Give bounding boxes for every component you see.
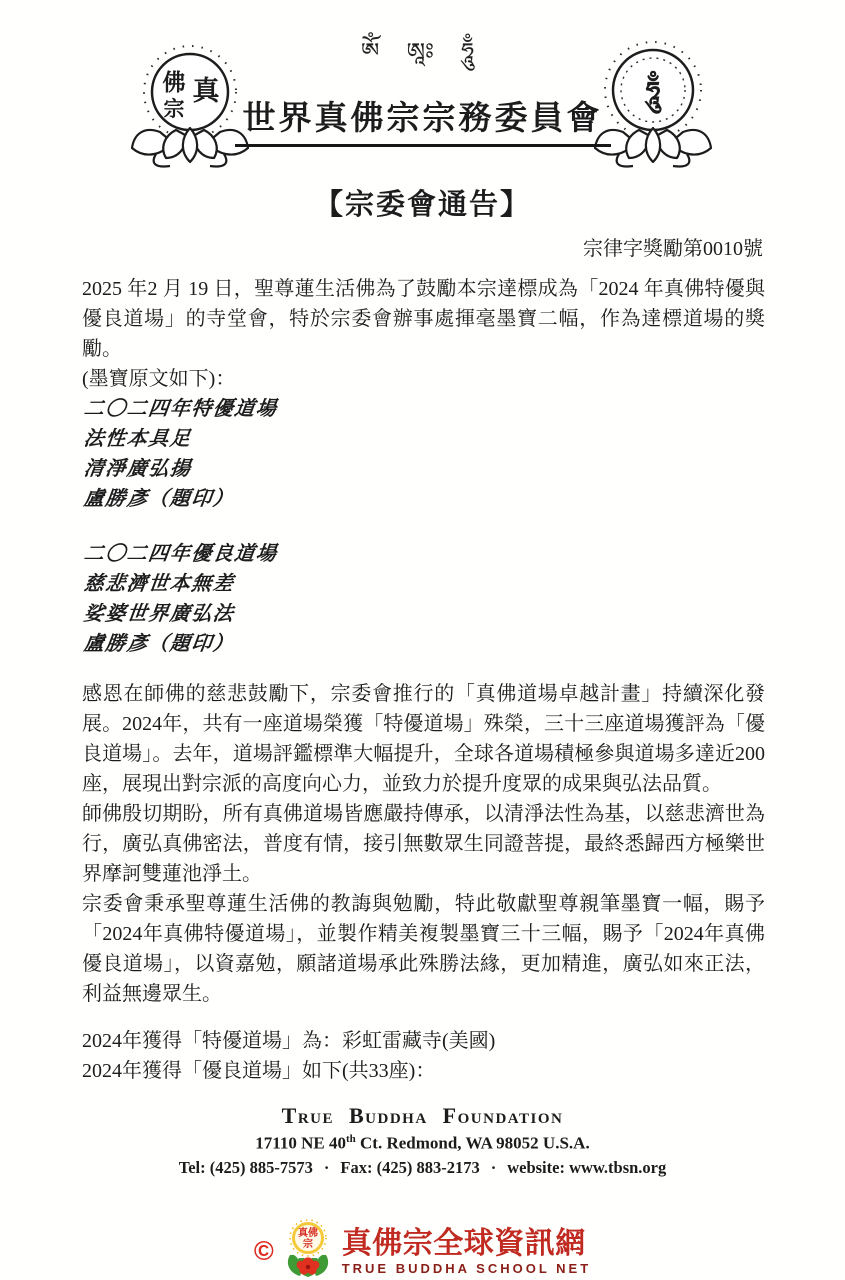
calligraphy-block-excellent: 二〇二四年優良道場 慈悲濟世本無差 娑婆世界廣弘法 盧勝彥（題印）	[82, 539, 765, 659]
calligraphy-signature: 盧勝彥（題印）	[82, 484, 236, 514]
letterhead-center: ཨོཾ ཨཱཿ ཧཱུྃ 世界真佛宗宗務委員會	[0, 26, 845, 147]
award-line-special: 2024年獲得「特優道場」為：彩虹雷藏寺(美國)	[82, 1026, 765, 1056]
site-name: 真佛宗全球資訊網 TRUE BUDDHA SCHOOL NET	[342, 1228, 591, 1276]
tibetan-mantra-text: ཨོཾ ཨཱཿ ཧཱུྃ	[0, 26, 845, 91]
phone-number: Tel: (425) 885-7573	[179, 1158, 313, 1177]
fax-number: Fax: (425) 883-2173	[340, 1158, 479, 1177]
tbsn-logo: © 真佛 宗	[0, 1218, 845, 1280]
address-number: 17110 NE 40	[255, 1134, 346, 1153]
foundation-name: True Buddha Foundation	[0, 1103, 845, 1129]
foundation-footer: True Buddha Foundation 17110 NE 40th Ct.…	[0, 1103, 845, 1178]
foundation-contact: Tel: (425) 885-7573·Fax: (425) 883-2173·…	[0, 1158, 845, 1178]
award-results: 2024年獲得「特優道場」為：彩虹雷藏寺(美國) 2024年獲得「優良道場」如下…	[82, 1026, 765, 1086]
separator-dot: ·	[491, 1158, 497, 1177]
calligraphy-line: 慈悲濟世本無差	[82, 569, 236, 599]
site-name-english: TRUE BUDDHA SCHOOL NET	[342, 1261, 591, 1276]
spacer	[82, 514, 765, 539]
crest-flower-center	[306, 1265, 310, 1269]
paragraph-gratitude: 感恩在師佛的慈悲鼓勵下，宗委會推行的「真佛道場卓越計畫」持續深化發展。2024年…	[82, 679, 765, 799]
website-url: website: www.tbsn.org	[507, 1158, 666, 1177]
organization-title: 世界真佛宗宗務委員會	[235, 92, 611, 147]
letterhead: 佛 真 宗 ཧཱུྃ	[0, 0, 845, 178]
calligraphy-block-special: 二〇二四年特優道場 法性本具足 清淨廣弘揚 盧勝彥（題印）	[82, 394, 765, 514]
paragraph-intro: 2025 年2 月 19 日，聖尊蓮生活佛為了鼓勵本宗達標成為「2024 年真佛…	[82, 274, 765, 364]
lotus-crest-icon: 真佛 宗	[283, 1218, 333, 1280]
notice-body: 2025 年2 月 19 日，聖尊蓮生活佛為了鼓勵本宗達標成為「2024 年真佛…	[0, 261, 845, 1086]
address-ordinal: th	[346, 1133, 356, 1145]
calligraphy-line: 二〇二四年優良道場	[82, 539, 279, 569]
reference-number: 宗律字獎勵第0010號	[0, 232, 845, 261]
notice-title: 【宗委會通告】	[0, 182, 845, 223]
calligraphy-note: (墨寶原文如下)：	[82, 364, 765, 394]
copyright-icon: ©	[254, 1238, 274, 1265]
notice-document-page: 佛 真 宗 ཧཱུྃ	[0, 0, 845, 1280]
calligraphy-signature: 盧勝彥（題印）	[82, 629, 236, 659]
calligraphy-line: 清淨廣弘揚	[82, 454, 193, 484]
foundation-address: 17110 NE 40th Ct. Redmond, WA 98052 U.S.…	[0, 1133, 845, 1154]
site-name-chinese: 真佛宗全球資訊網	[342, 1228, 586, 1260]
calligraphy-line: 娑婆世界廣弘法	[82, 599, 236, 629]
calligraphy-line: 二〇二四年特優道場	[82, 394, 279, 424]
paragraph-award-bestow: 宗委會秉承聖尊蓮生活佛的教誨與勉勵，特此敬獻聖尊親筆墨寶一幅，賜予「2024年真…	[82, 889, 765, 1009]
crest-seal-bottom: 宗	[303, 1237, 313, 1250]
separator-dot: ·	[324, 1158, 330, 1177]
crest-seal-top: 真佛	[298, 1226, 318, 1239]
calligraphy-line: 法性本具足	[82, 424, 193, 454]
paragraph-expectation: 師佛殷切期盼，所有真佛道場皆應嚴持傳承，以清淨法性為基，以慈悲濟世為行，廣弘真佛…	[82, 799, 765, 889]
award-line-excellent: 2024年獲得「優良道場」如下(共33座)：	[82, 1056, 765, 1086]
address-city: Ct. Redmond, WA 98052 U.S.A.	[356, 1134, 590, 1153]
